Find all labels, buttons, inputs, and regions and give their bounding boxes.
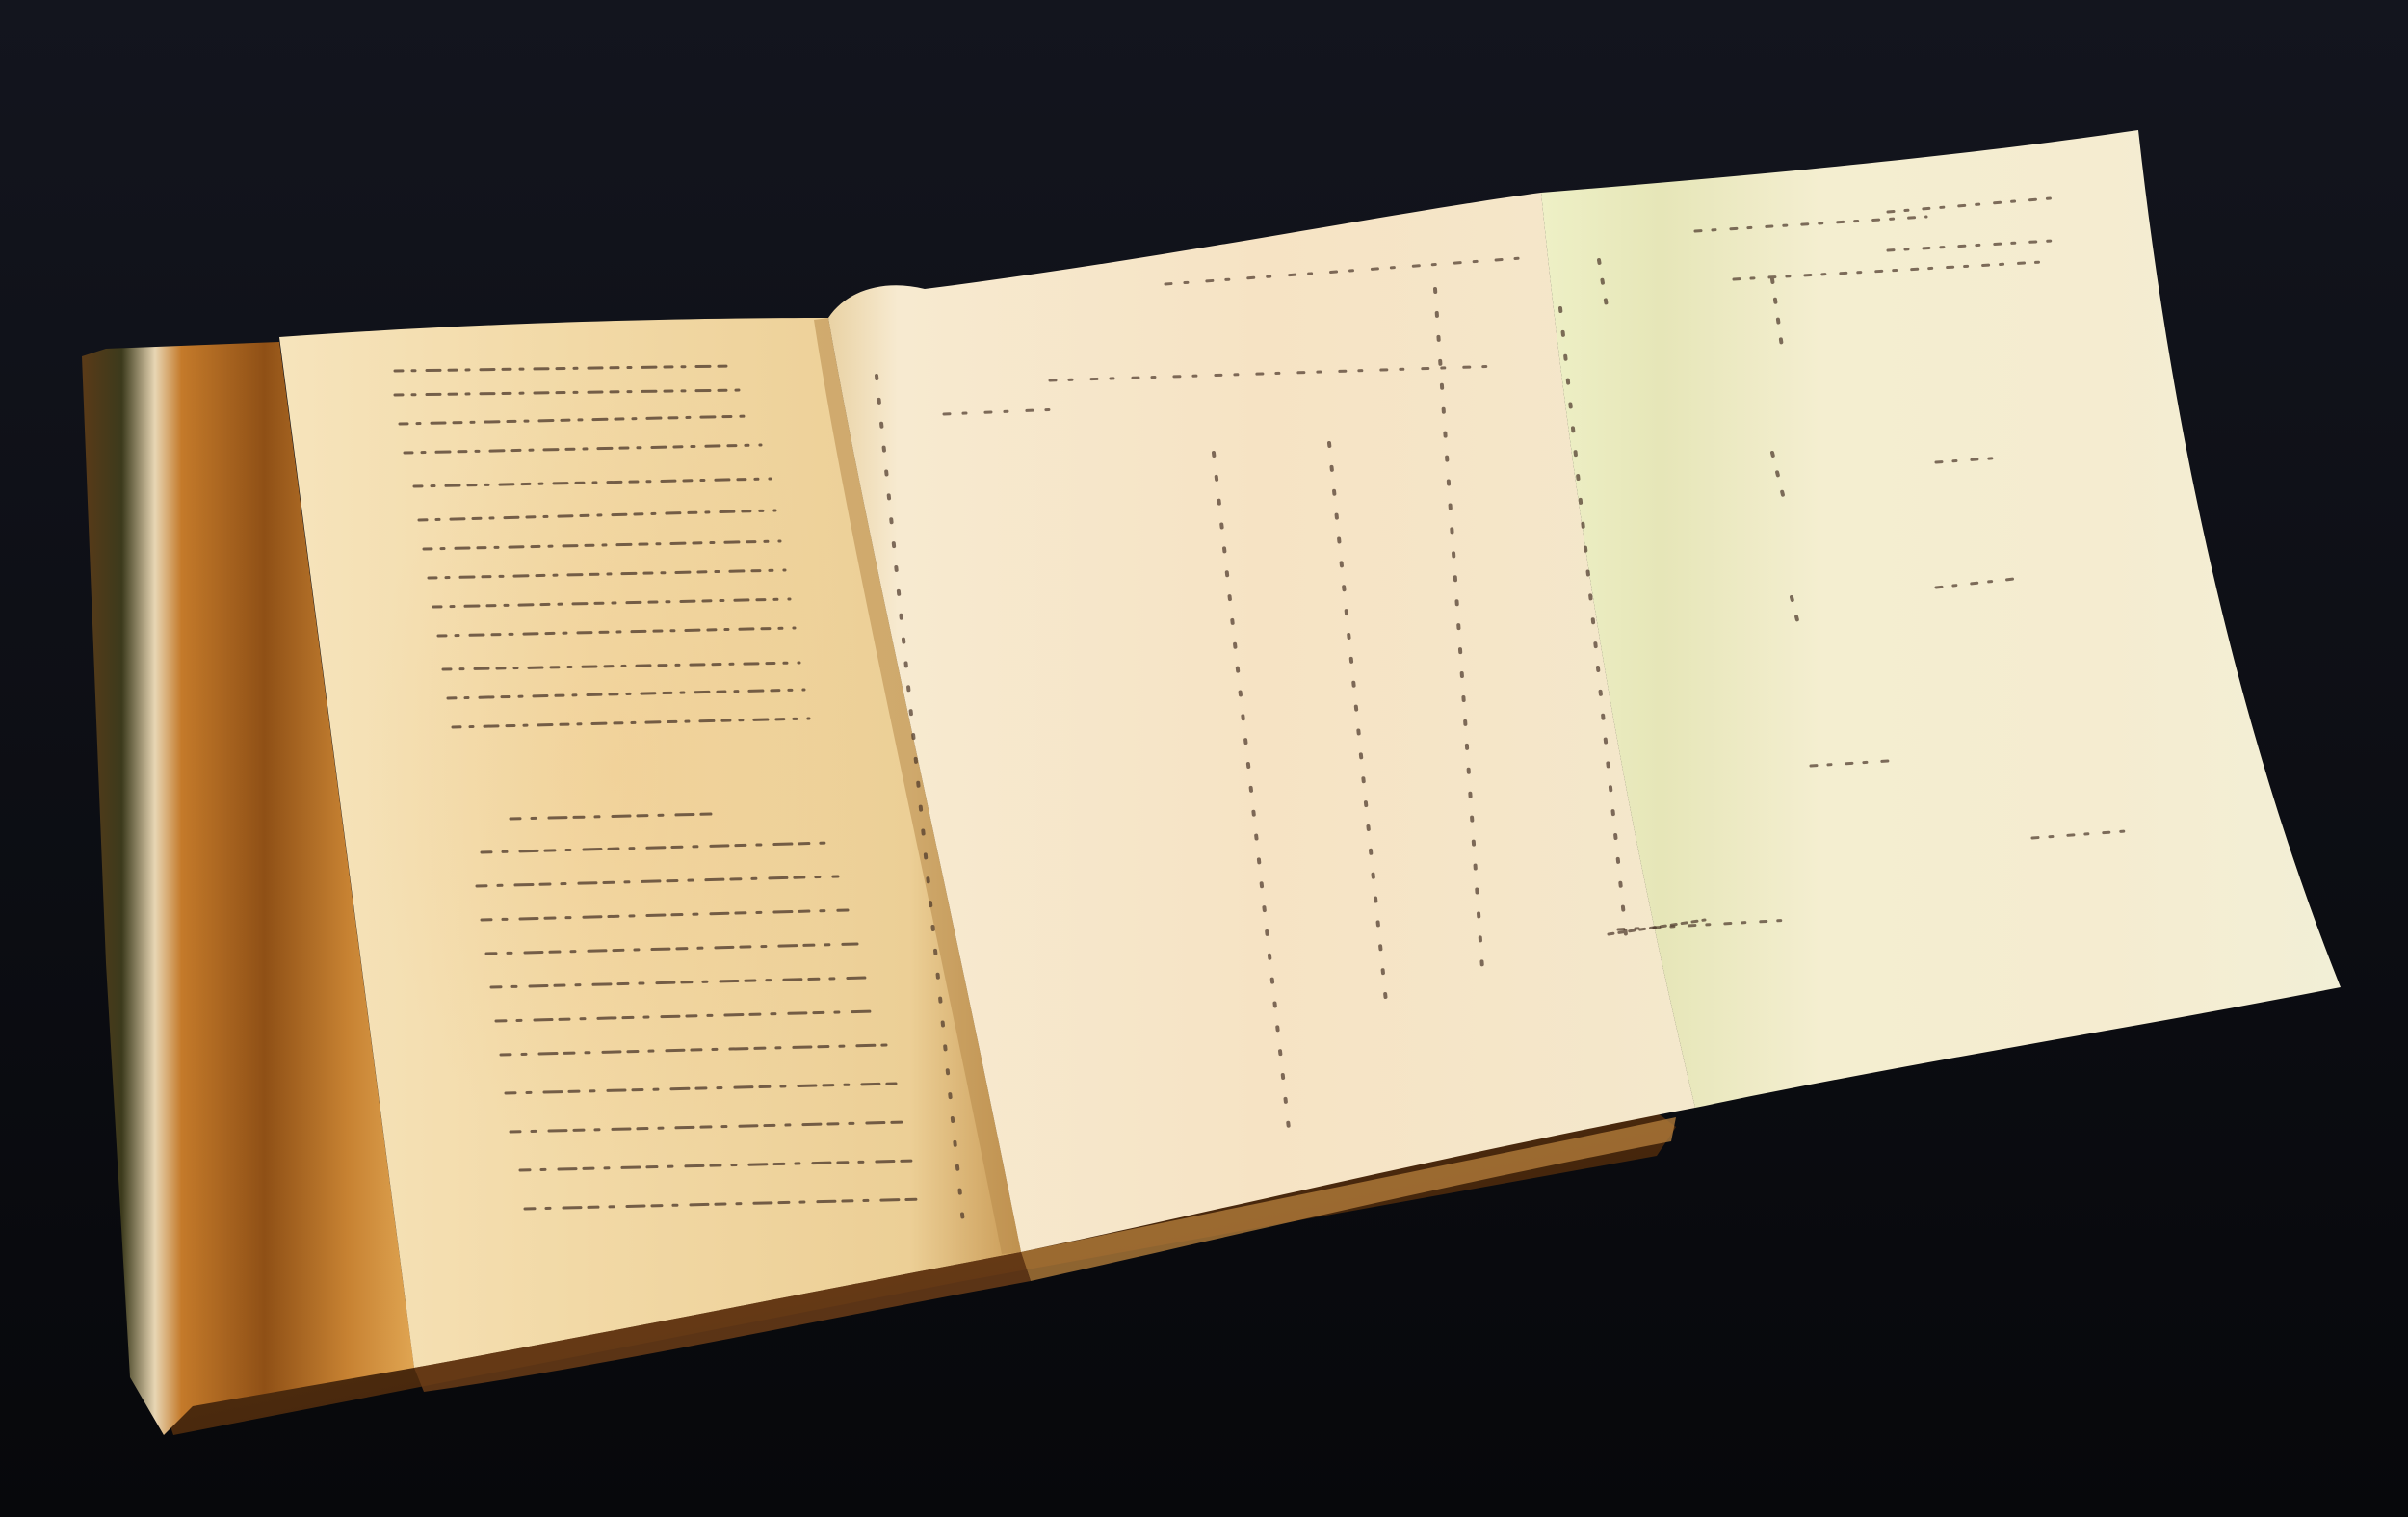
- painting-canvas: [0, 0, 2408, 1517]
- left-page-glow: [366, 366, 867, 1175]
